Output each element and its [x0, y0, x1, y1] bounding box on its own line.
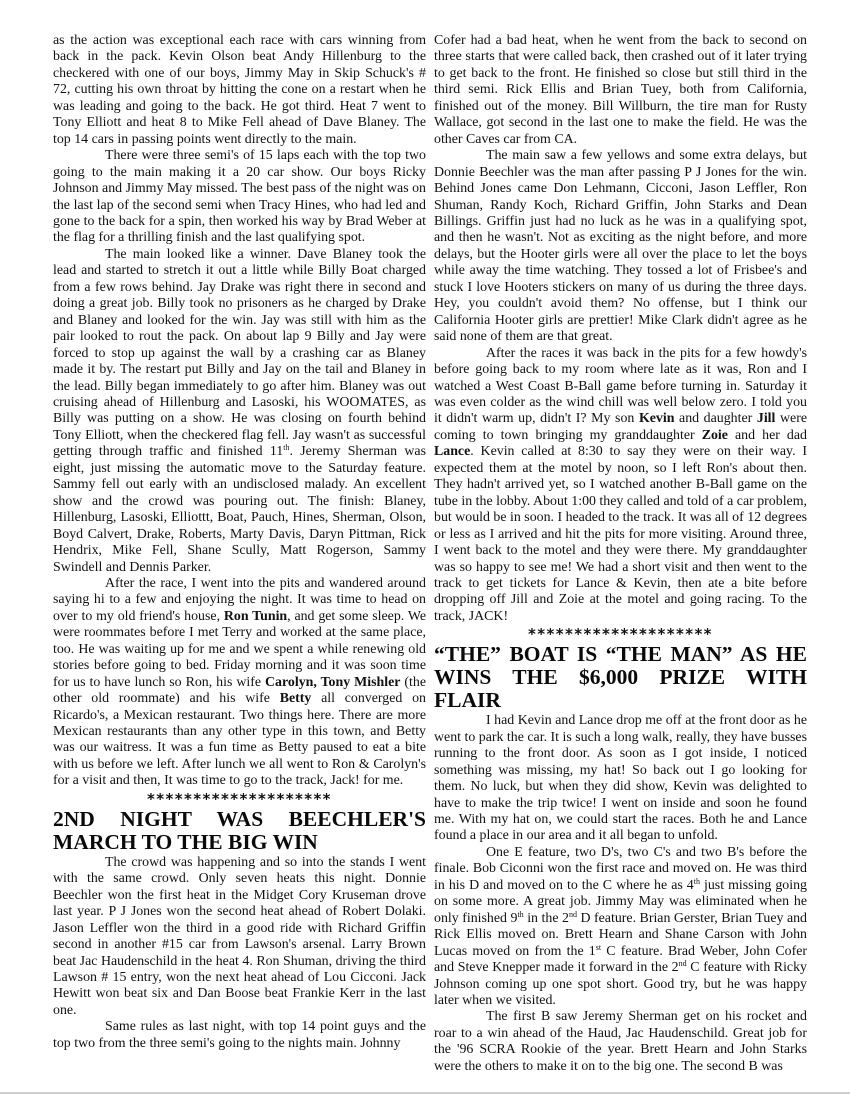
asterisk-divider: ******************** [53, 790, 426, 808]
paragraph: Cofer had a bad heat, when he went from … [434, 33, 807, 148]
paragraph: After the races it was back in the pits … [434, 346, 807, 626]
section-headline: 2ND NIGHT WAS BEECHLER'S MARCH TO THE BI… [53, 808, 426, 854]
ordinal-suffix: nd [679, 959, 687, 968]
newsletter-page: as the action was exceptional each race … [53, 33, 808, 1075]
bold-name: Jill [757, 411, 776, 426]
ordinal-suffix: nd [569, 910, 577, 919]
paragraph: The main saw a few yellows and some extr… [434, 148, 807, 345]
paragraph: One E feature, two D's, two C's and two … [434, 845, 807, 1010]
bold-name: Kevin [639, 411, 675, 426]
bold-name: Zoie [702, 428, 728, 443]
bold-name: Carolyn, Tony Mishler [265, 675, 400, 690]
text: . Jeremy Sherman was eight, just missing… [53, 444, 426, 574]
paragraph: After the race, I went into the pits and… [53, 576, 426, 790]
asterisk-divider: ******************** [434, 625, 807, 643]
bold-name: Betty [280, 691, 312, 706]
paragraph: Same rules as last night, with top 14 po… [53, 1019, 426, 1052]
paragraph: The crowd was happening and so into the … [53, 855, 426, 1020]
text: in the 2 [524, 911, 569, 926]
bold-name: Ron Tunin [224, 609, 287, 624]
paragraph: I had Kevin and Lance drop me off at the… [434, 713, 807, 845]
text: . Kevin called at 8:30 to say they were … [434, 444, 807, 624]
left-column: as the action was exceptional each race … [53, 33, 426, 1075]
paragraph: The main looked like a winner. Dave Blan… [53, 247, 426, 576]
scan-edge-divider [0, 1092, 850, 1094]
bold-name: Lance [434, 444, 470, 459]
text: The main looked like a winner. Dave Blan… [53, 247, 426, 459]
section-headline: “THE” BOAT IS “THE MAN” AS HE WINS THE $… [434, 643, 807, 712]
text: and her dad [728, 428, 807, 443]
paragraph: The first B saw Jeremy Sherman get on hi… [434, 1009, 807, 1075]
paragraph: as the action was exceptional each race … [53, 33, 426, 148]
right-column: Cofer had a bad heat, when he went from … [434, 33, 807, 1075]
paragraph: There were three semi's of 15 laps each … [53, 148, 426, 247]
text: and daughter [674, 411, 756, 426]
